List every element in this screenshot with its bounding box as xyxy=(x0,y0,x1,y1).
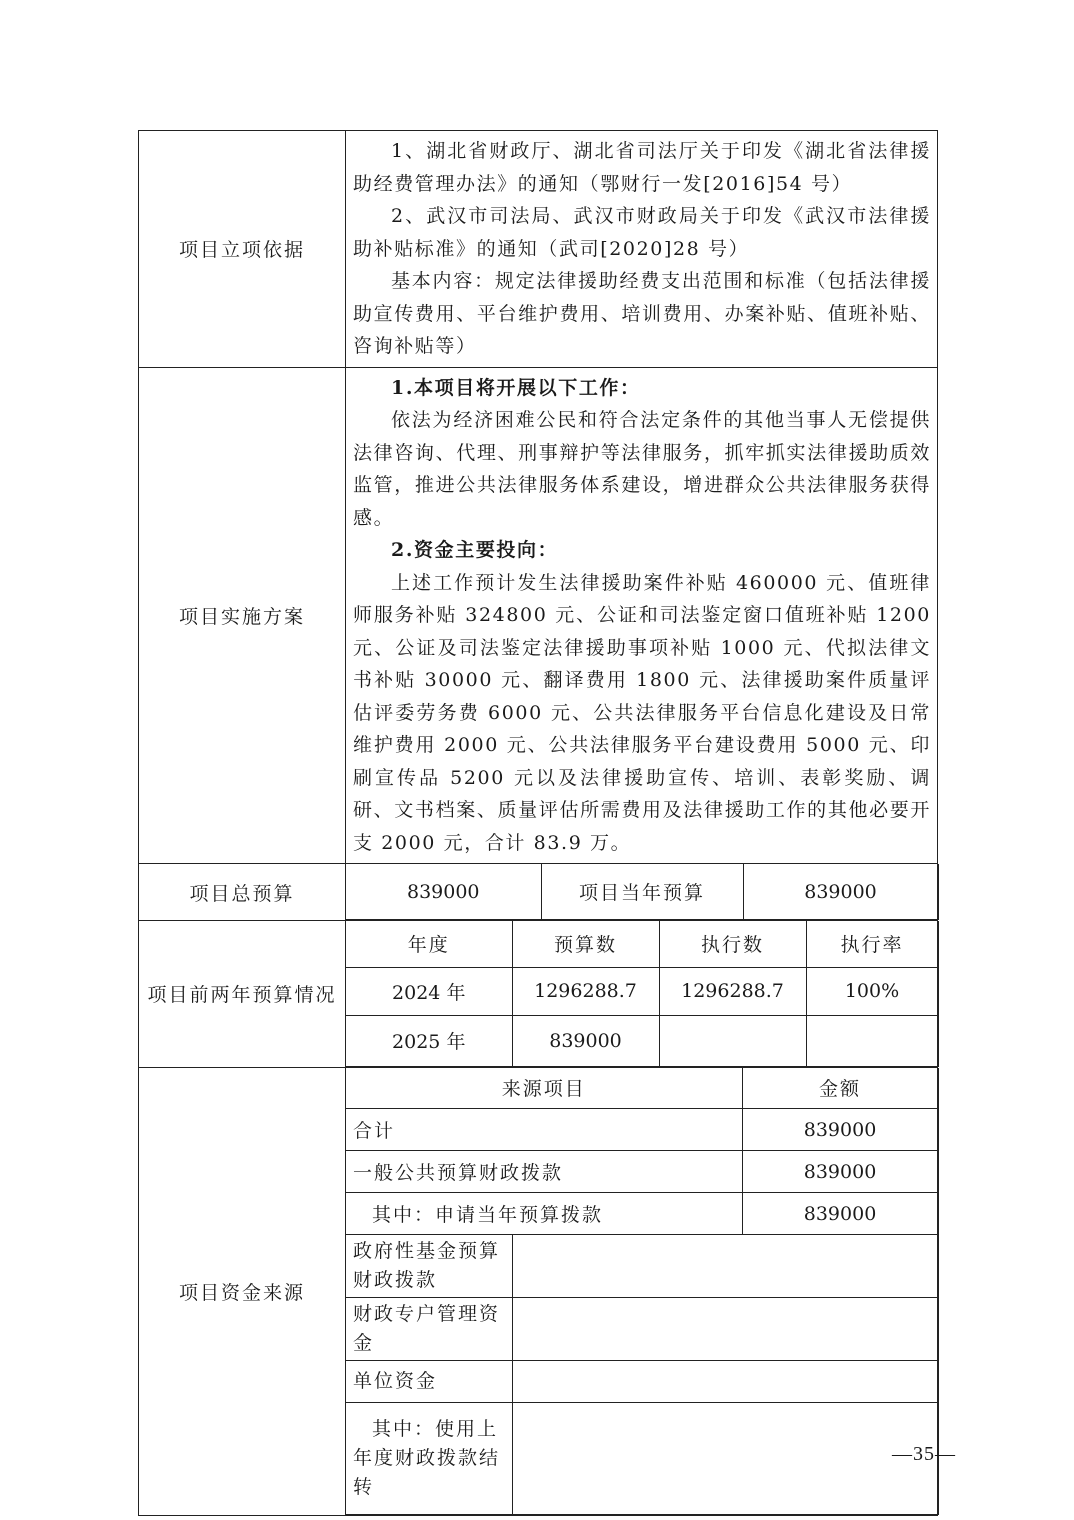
history-row: 2024 年 1296288.7 1296288.7 100% xyxy=(346,967,938,1015)
source-row: 合计 839000 xyxy=(346,1109,938,1151)
plan-text-2: 上述工作预计发生法律援助案件补贴 460000 元、值班律师服务补贴 32480… xyxy=(353,567,931,860)
other-source-name: 单位资金 xyxy=(346,1361,512,1403)
history-row: 2025 年 839000 xyxy=(346,1015,938,1066)
label-project-plan: 项目实施方案 xyxy=(139,367,346,864)
row-project-basis: 项目立项依据 1、湖北省财政厅、湖北省司法厅关于印发《湖北省法律援助经费管理办法… xyxy=(139,131,938,368)
plan-text-1: 依法为经济困难公民和符合法定条件的其他当事人无偿提供法律咨询、代理、刑事辩护等法… xyxy=(353,404,931,534)
history-table: 年度 预算数 执行数 执行率 2024 年 1296288.7 1296288.… xyxy=(346,921,939,1067)
funding-sources-table: 来源项目 金额 合计 839000 一般公共预算财政拨款 839000 其中：申… xyxy=(346,1068,939,1516)
other-source-row: 单位资金 xyxy=(346,1361,938,1403)
label-budget-history: 项目前两年预算情况 xyxy=(139,921,346,1068)
history-executed xyxy=(659,1015,806,1066)
history-year: 2025 年 xyxy=(346,1015,512,1066)
basis-paragraph-2: 2、武汉市司法局、武汉市财政局关于印发《武汉市法律援助补贴标准》的通知（武司[2… xyxy=(353,200,931,265)
header-source-item: 来源项目 xyxy=(346,1068,742,1109)
row-total-budget: 项目总预算 839000 项目当年预算 839000 xyxy=(139,864,938,921)
row-project-plan: 项目实施方案 1.本项目将开展以下工作： 依法为经济困难公民和符合法定条件的其他… xyxy=(139,367,938,864)
other-source-row: 其中：使用上年度财政拨款结转 xyxy=(346,1403,938,1515)
source-name: 一般公共预算财政拨款 xyxy=(346,1151,742,1193)
other-source-row: 政府性基金预算财政拨款 xyxy=(346,1235,938,1298)
history-rate: 100% xyxy=(806,967,938,1015)
source-name: 合计 xyxy=(346,1109,742,1151)
row-funding-sources: 项目资金来源 来源项目 金额 合计 839000 一般公共预算财政拨款 8390… xyxy=(139,1067,938,1516)
other-source-name: 政府性基金预算财政拨款 xyxy=(346,1235,512,1298)
history-rate xyxy=(806,1015,938,1066)
source-row: 其中：申请当年预算拨款 839000 xyxy=(346,1193,938,1235)
other-source-row: 财政专户管理资金 xyxy=(346,1298,938,1361)
plan-heading-1: 1.本项目将开展以下工作： xyxy=(353,372,931,405)
plan-heading-2: 2.资金主要投向： xyxy=(353,534,931,567)
source-amount: 839000 xyxy=(742,1193,938,1235)
sources-header-row: 来源项目 金额 xyxy=(346,1068,938,1109)
header-budget: 预算数 xyxy=(512,921,659,967)
history-budget: 1296288.7 xyxy=(512,967,659,1015)
source-amount: 839000 xyxy=(742,1109,938,1151)
label-current-year-budget: 项目当年预算 xyxy=(541,864,743,920)
current-year-budget-value: 839000 xyxy=(743,864,938,920)
other-source-value xyxy=(512,1361,938,1403)
label-total-budget: 项目总预算 xyxy=(139,864,346,921)
header-execution-rate: 执行率 xyxy=(806,921,938,967)
header-amount: 金额 xyxy=(742,1068,938,1109)
basis-paragraph-3: 基本内容：规定法律援助经费支出范围和标准（包括法律援助宣传费用、平台维护费用、培… xyxy=(353,265,931,363)
page-number: —35— xyxy=(892,1443,956,1466)
basis-paragraph-1: 1、湖北省财政厅、湖北省司法厅关于印发《湖北省法律援助经费管理办法》的通知（鄂财… xyxy=(353,135,931,200)
other-source-value xyxy=(512,1298,938,1361)
history-header-row: 年度 预算数 执行数 执行率 xyxy=(346,921,938,967)
history-budget: 839000 xyxy=(512,1015,659,1066)
document-page: 项目立项依据 1、湖北省财政厅、湖北省司法厅关于印发《湖北省法律援助经费管理办法… xyxy=(0,0,1074,1520)
other-source-name: 财政专户管理资金 xyxy=(346,1298,512,1361)
project-plan-content: 1.本项目将开展以下工作： 依法为经济困难公民和符合法定条件的其他当事人无偿提供… xyxy=(346,367,938,864)
header-year: 年度 xyxy=(346,921,512,967)
source-amount: 839000 xyxy=(742,1151,938,1193)
project-budget-table: 项目立项依据 1、湖北省财政厅、湖北省司法厅关于印发《湖北省法律援助经费管理办法… xyxy=(138,130,938,1516)
other-source-value xyxy=(512,1235,938,1298)
other-source-name: 其中：使用上年度财政拨款结转 xyxy=(346,1403,512,1515)
source-name: 其中：申请当年预算拨款 xyxy=(346,1193,742,1235)
source-row: 一般公共预算财政拨款 839000 xyxy=(346,1151,938,1193)
total-budget-value: 839000 xyxy=(346,864,541,920)
header-executed: 执行数 xyxy=(659,921,806,967)
history-year: 2024 年 xyxy=(346,967,512,1015)
row-budget-history: 项目前两年预算情况 年度 预算数 执行数 执行率 2024 年 1296288.… xyxy=(139,921,938,1068)
label-project-basis: 项目立项依据 xyxy=(139,131,346,368)
history-executed: 1296288.7 xyxy=(659,967,806,1015)
other-source-value xyxy=(512,1403,938,1515)
label-funding-sources: 项目资金来源 xyxy=(139,1067,346,1516)
project-basis-content: 1、湖北省财政厅、湖北省司法厅关于印发《湖北省法律援助经费管理办法》的通知（鄂财… xyxy=(346,131,938,368)
